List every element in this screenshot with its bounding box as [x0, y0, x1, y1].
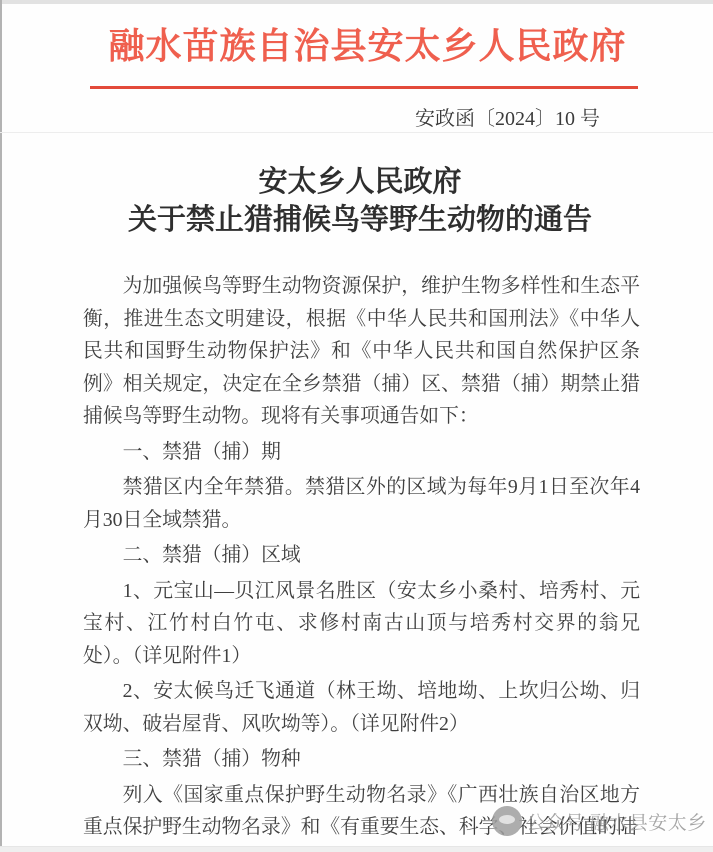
scanned-notice-page: 融水苗族自治县安太乡人民政府 安政函〔2024〕10 号 安太乡人民政府 关于禁… [0, 0, 713, 852]
body-paragraph: 一、禁猎（捕）期 [83, 436, 640, 469]
scan-artifact-line [0, 132, 713, 133]
red-letterhead-org-name: 融水苗族自治县安太乡人民政府 [22, 18, 713, 69]
document-title-line2: 关于禁止猎捕候鸟等野生动物的通告 [7, 201, 713, 239]
body-paragraph: 列入《国家重点保护野生动物名录》《广西壮族自治区地方重点保护野生动物名录》和《有… [83, 779, 640, 844]
document-reference-number: 安政函〔2024〕10 号 [415, 102, 600, 131]
body-paragraph: 禁猎区内全年禁猎。禁猎区外的区域为每年9月1日至次年4月30日全域禁猎。 [83, 471, 640, 536]
letterhead-divider-line [90, 86, 638, 89]
scan-edge-left [0, 0, 2, 852]
body-paragraph: 1、元宝山—贝江风景名胜区（安太乡小桑村、培秀村、元宝村、江竹村白竹屯、求修村南… [83, 575, 640, 673]
body-paragraph: 为加强候鸟等野生动物资源保护，维护生物多样性和生态平衡，推进生态文明建设，根据《… [83, 270, 640, 433]
document-title-line1: 安太乡人民政府 [7, 163, 713, 201]
body-paragraph: 二、禁猎（捕）区域 [83, 539, 640, 572]
body-paragraph: 2、安太候鸟迁飞通道（林王坳、培地坳、上坎归公坳、归双坳、破岩屋背、风吹坳等）。… [83, 675, 640, 740]
document-title: 安太乡人民政府 关于禁止猎捕候鸟等野生动物的通告 [7, 163, 713, 239]
scan-edge-top [0, 0, 713, 4]
scan-edge-bottom [0, 846, 713, 852]
document-body: 为加强候鸟等野生动物资源保护，维护生物多样性和生态平衡，推进生态文明建设，根据《… [83, 270, 640, 847]
body-paragraph: 三、禁猎（捕）物种 [83, 743, 640, 776]
